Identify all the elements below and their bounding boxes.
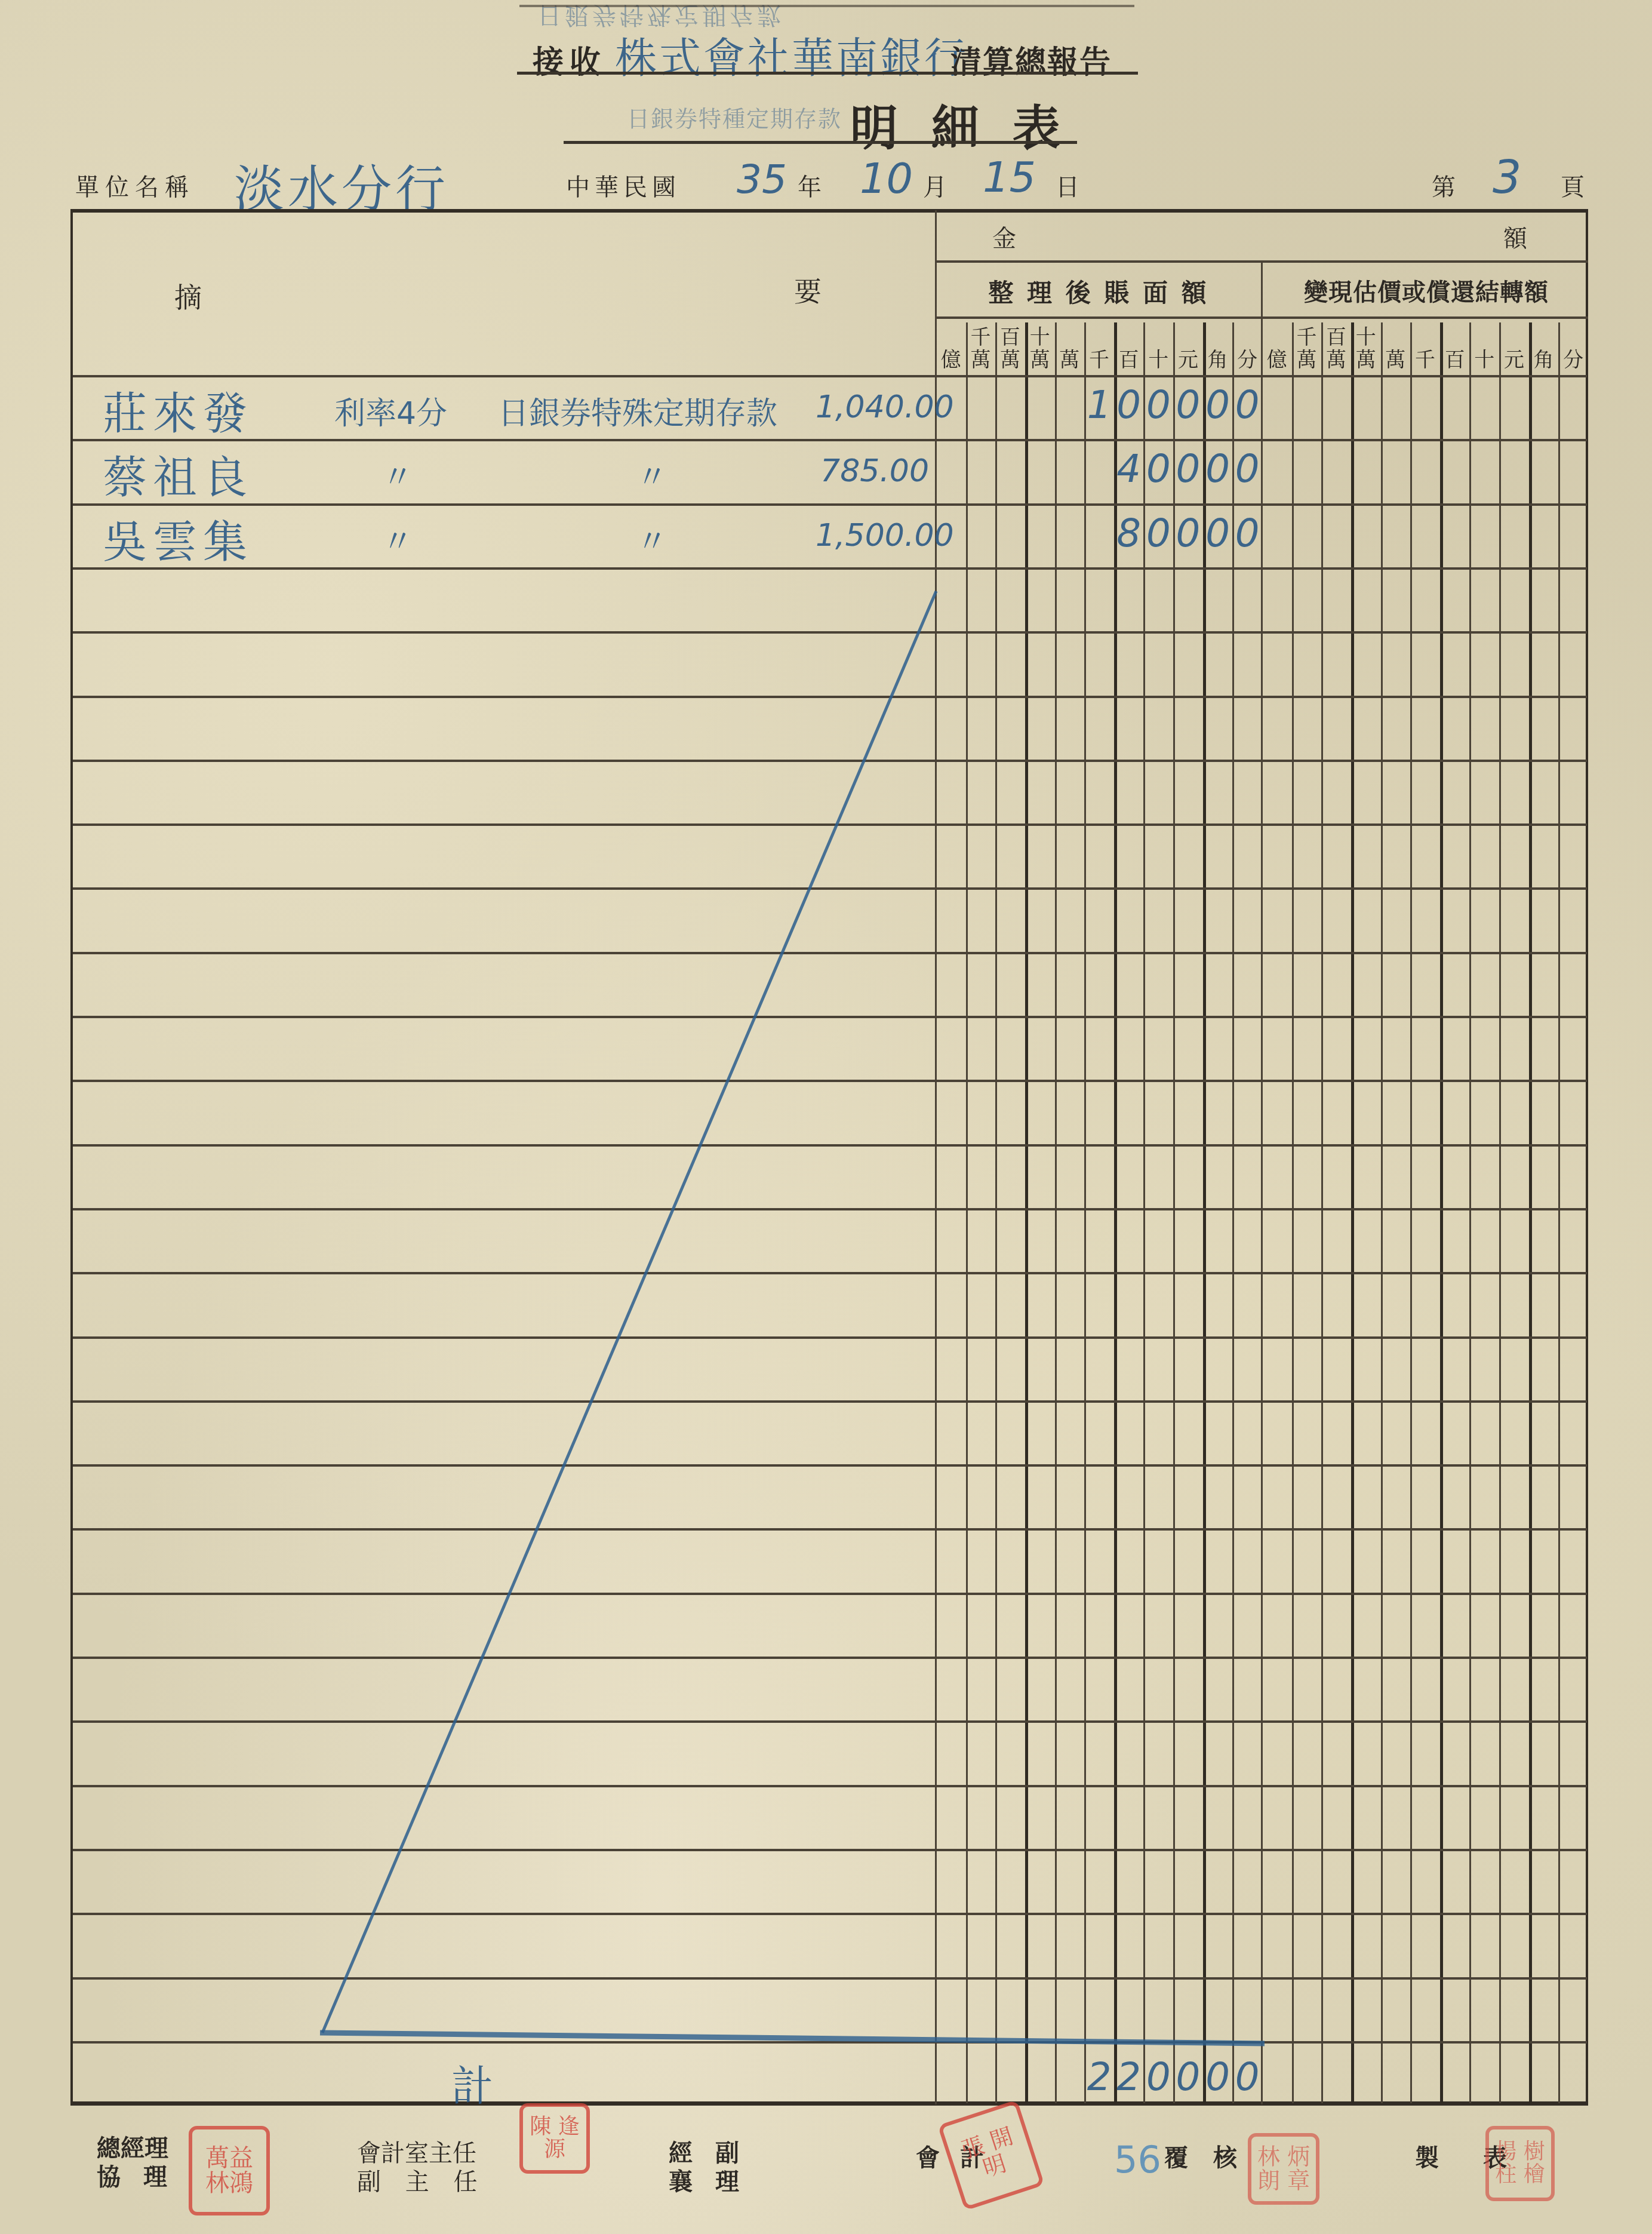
cancel-diagonal-line: [0, 0, 1652, 2234]
manager-subtitle: 襄 理: [669, 2163, 746, 2197]
total-amount-digit: 0: [1173, 2055, 1203, 2100]
general-manager-subtitle: 協 理: [97, 2158, 174, 2192]
serial-number: 56: [1114, 2138, 1161, 2181]
total-amount-digit: 0: [1232, 2055, 1262, 2100]
general-manager-seal: 萬益 林鴻: [189, 2126, 270, 2215]
total-label: 計: [451, 2053, 493, 2113]
reviewer-label: 覆 核: [1164, 2139, 1245, 2173]
preparer-seal: 楊 樹 柱 檜: [1485, 2126, 1555, 2201]
accounting-chief-subtitle: 副 主 任: [357, 2163, 485, 2197]
total-amount-digit: 2: [1084, 2055, 1114, 2100]
total-amount-digit: 0: [1143, 2055, 1173, 2100]
reviewer-seal: 林 炳 朗 章: [1248, 2133, 1319, 2205]
total-amount-digit: 2: [1114, 2055, 1144, 2100]
total-amount-digit: 0: [1203, 2055, 1233, 2100]
accounting-chief-seal: 陳 逢 源: [519, 2103, 590, 2174]
